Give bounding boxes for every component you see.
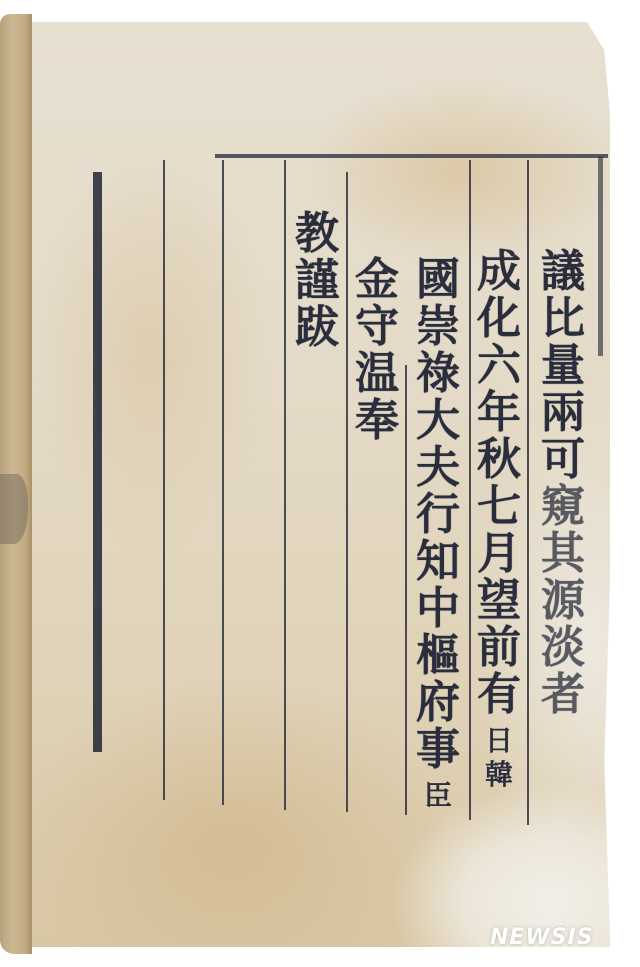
character: 望 <box>477 577 521 624</box>
small-character: 日 <box>485 724 513 758</box>
character: 教 <box>295 210 339 257</box>
top-border-rule <box>215 154 608 158</box>
character: 年 <box>477 389 521 436</box>
text-column-2: 成 化 六 年 秋 七 月 望 前 有 日 韓 <box>470 248 528 792</box>
character: 成 <box>477 248 521 295</box>
character: 知 <box>416 538 460 585</box>
character: 前 <box>477 624 521 671</box>
character: 跋 <box>295 304 339 351</box>
character: 行 <box>416 491 460 538</box>
left-border-rule <box>93 172 102 752</box>
small-character: 韓 <box>485 758 513 792</box>
column-divider <box>284 160 286 810</box>
character: 謹 <box>295 257 339 304</box>
character: 兩 <box>541 389 585 436</box>
character: 府 <box>416 679 460 726</box>
character: 化 <box>477 295 521 342</box>
character: 可 <box>541 436 585 483</box>
character: 六 <box>477 342 521 389</box>
newsis-watermark: NEWSIS <box>490 925 594 950</box>
character: 樞 <box>416 632 460 679</box>
book-spine <box>0 14 32 954</box>
character: 月 <box>477 530 521 577</box>
character: 議 <box>541 248 585 295</box>
text-column-5: 教 謹 跋 <box>288 210 346 351</box>
character: 比 <box>541 295 585 342</box>
character: 事 <box>416 726 460 773</box>
character: 窺 <box>541 483 585 530</box>
character: 奉 <box>355 397 399 444</box>
small-characters: 臣 <box>424 779 452 813</box>
character: 秋 <box>477 436 521 483</box>
character: 量 <box>541 342 585 389</box>
column-divider <box>163 160 165 800</box>
character: 其 <box>541 530 585 577</box>
character: 守 <box>355 303 399 350</box>
column-divider <box>222 160 224 805</box>
text-column-3: 國 崇 祿 大 夫 行 知 中 樞 府 事 臣 <box>408 256 468 813</box>
character: 大 <box>416 397 460 444</box>
spine-stain <box>0 474 28 544</box>
right-border-rule <box>598 156 603 356</box>
character: 夫 <box>416 444 460 491</box>
character: 淡 <box>541 624 585 671</box>
character: 崇 <box>416 303 460 350</box>
character: 者 <box>541 671 585 718</box>
text-column-1: 議 比 量 兩 可 窺 其 源 淡 者 <box>532 248 594 718</box>
character: 温 <box>355 350 399 397</box>
document-scan: 議 比 量 兩 可 窺 其 源 淡 者 成 化 六 年 秋 七 月 望 前 有 … <box>0 0 640 967</box>
text-column-4: 金 守 温 奉 <box>348 256 406 444</box>
character: 金 <box>355 256 399 303</box>
character: 有 <box>477 671 521 718</box>
character: 七 <box>477 483 521 530</box>
character: 祿 <box>416 350 460 397</box>
small-characters: 日 韓 <box>485 724 513 792</box>
character: 國 <box>416 256 460 303</box>
character: 中 <box>416 585 460 632</box>
character: 源 <box>541 577 585 624</box>
small-character: 臣 <box>424 779 452 813</box>
